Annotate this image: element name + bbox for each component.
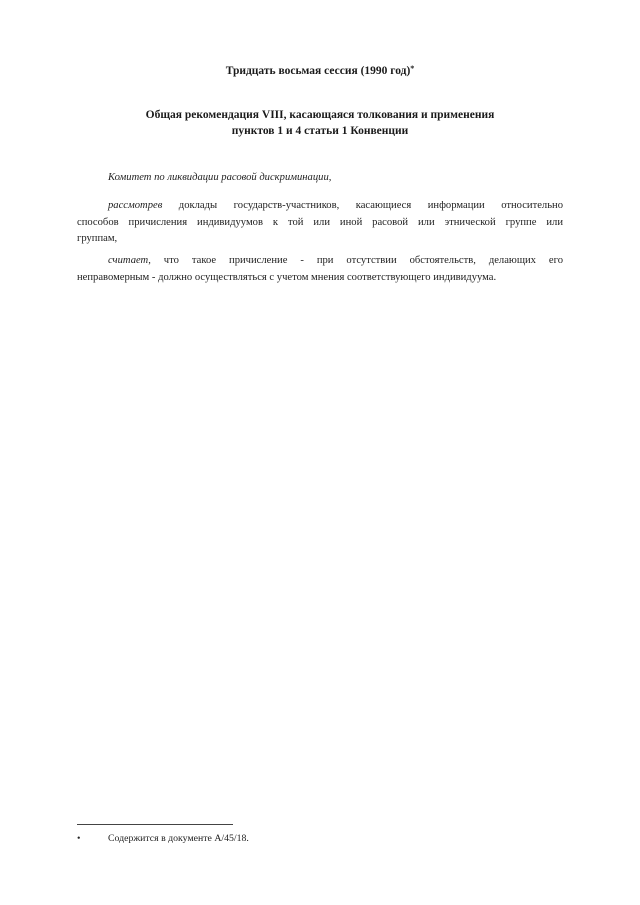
footnote: •Содержится в документе A/45/18.	[77, 832, 249, 845]
considering-line-2: способов причисления индивидуумов к той …	[77, 215, 563, 232]
considering-line-3: группам,	[77, 231, 563, 248]
paragraph-line: рассмотрев доклады государств-участников…	[77, 198, 563, 215]
session-title-text: Тридцать восьмая сессия (1990 год)	[226, 65, 411, 77]
paragraph-considers: считает, что такое причисление - при отс…	[77, 253, 563, 286]
recommendation-title-line-1: Общая рекомендация VIII, касающаяся толк…	[100, 107, 540, 123]
footnote-separator	[77, 824, 233, 825]
committee-text: Комитет по ликвидации расовой дискримина…	[108, 172, 331, 183]
paragraph-committee: Комитет по ликвидации расовой дискримина…	[77, 170, 594, 187]
footnote-reference[interactable]: *	[410, 64, 414, 73]
recommendation-title-line-2: пунктов 1 и 4 статьи 1 Конвенции	[100, 123, 540, 139]
considers-line-1: , что такое причисление - при отсутствии…	[148, 255, 563, 266]
recommendation-title: Общая рекомендация VIII, касающаяся толк…	[100, 107, 540, 139]
considers-line-2: неправомерным - должно осуществляться с …	[77, 270, 563, 287]
considers-lead: считает	[108, 255, 148, 266]
footnote-text: Содержится в документе A/45/18.	[108, 833, 249, 844]
paragraph-considering: рассмотрев доклады государств-участников…	[77, 198, 563, 248]
considering-lead: рассмотрев	[108, 200, 162, 211]
document-page: Тридцать восьмая сессия (1990 год)* Обща…	[0, 0, 640, 905]
footnote-marker: •	[77, 832, 108, 845]
considering-line-1: доклады государств-участников, касающиес…	[162, 200, 563, 211]
session-title: Тридцать восьмая сессия (1990 год)*	[0, 64, 640, 78]
paragraph-line: считает, что такое причисление - при отс…	[77, 253, 563, 270]
